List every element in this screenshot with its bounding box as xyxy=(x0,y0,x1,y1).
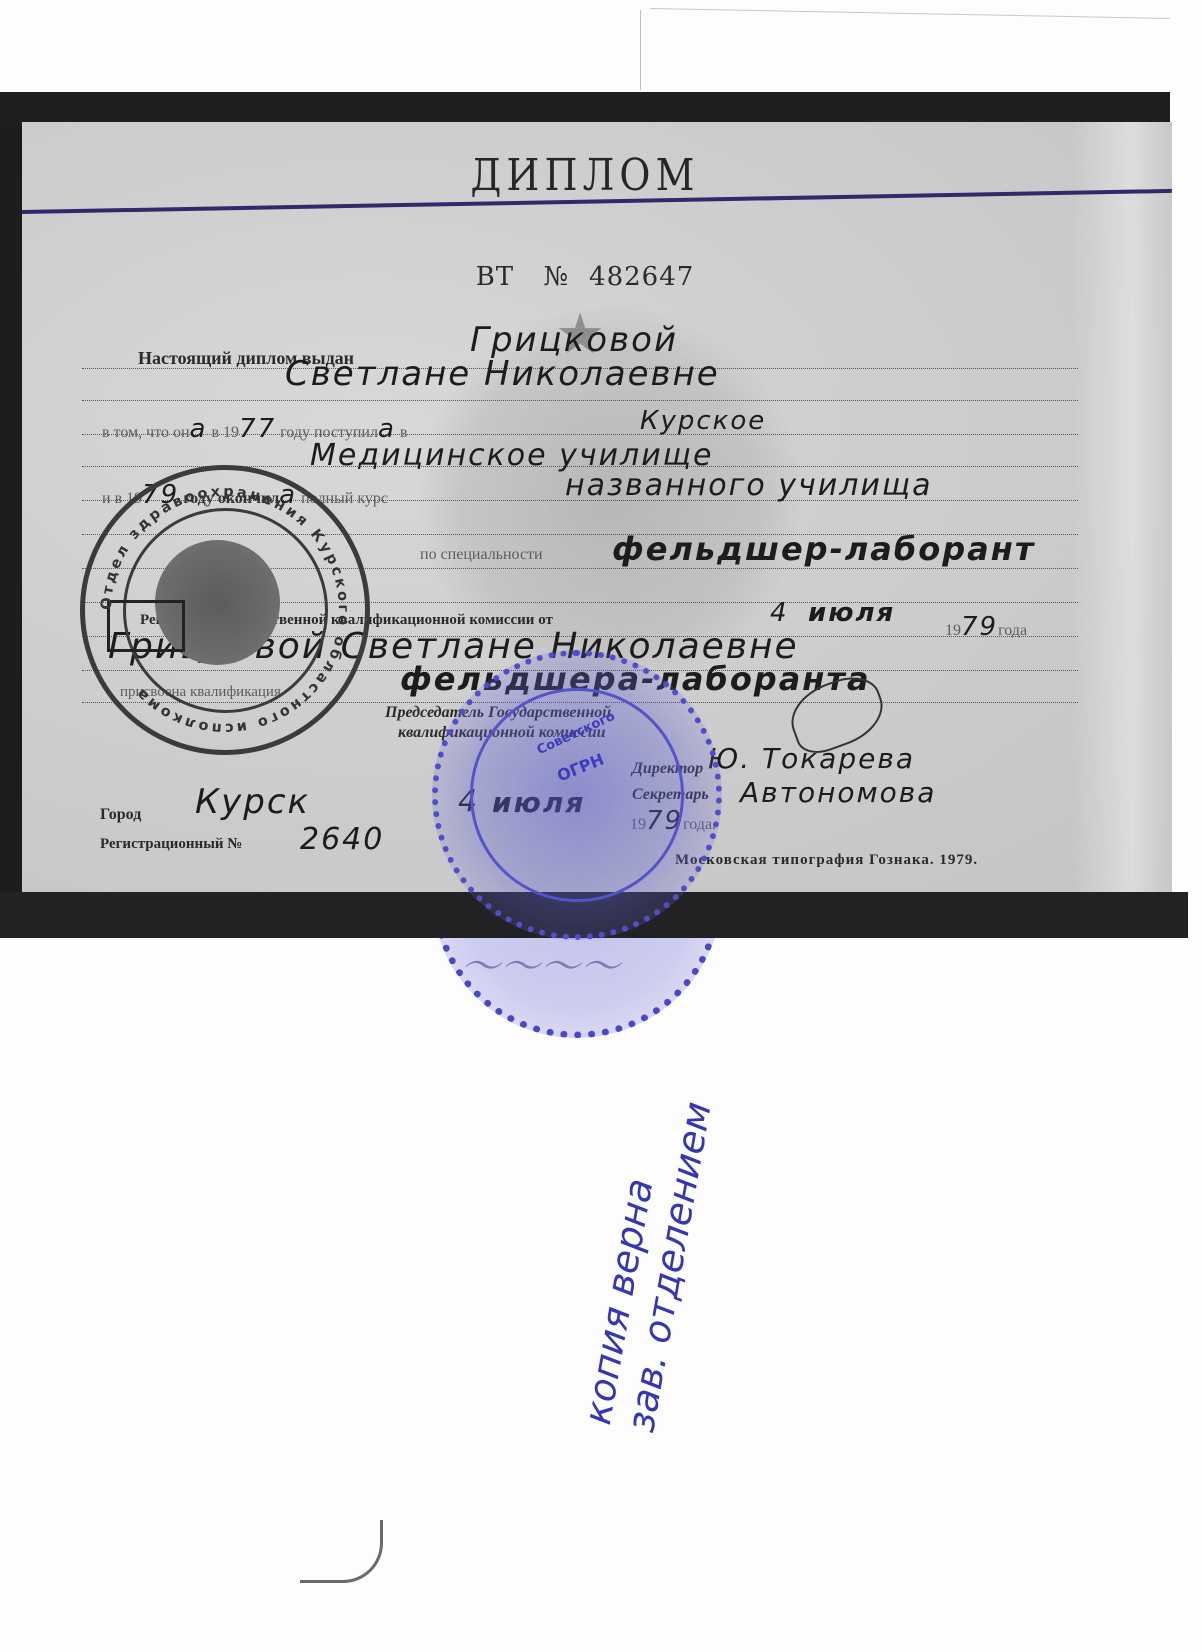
course-value: названного училища xyxy=(565,468,933,503)
commission-year: 1979года xyxy=(945,612,1027,642)
blue-stamp-inner-ring xyxy=(470,688,684,902)
certification-note: копия верна зав. отделением xyxy=(575,1091,720,1436)
specialty-value: фельдшер-лаборант xyxy=(612,530,1035,568)
commission-month: июля xyxy=(808,598,895,628)
serial-number: 482647 xyxy=(589,262,694,292)
serial-series: ВТ xyxy=(476,262,514,292)
secretary-signature: Автономова xyxy=(740,776,936,809)
svg-text:Отдел здравоохранения Курского: Отдел здравоохранения Курского областног… xyxy=(99,484,351,736)
frame-top-bar xyxy=(0,92,1170,122)
scan-edge xyxy=(650,8,1170,19)
city-value: Курск xyxy=(195,782,310,822)
number-sign: № xyxy=(543,262,569,292)
scan-fold-line xyxy=(640,10,641,90)
commission-day: 4 xyxy=(770,598,789,628)
registration-number: 2640 xyxy=(300,822,384,857)
pen-mark xyxy=(300,1520,383,1583)
recipient-given-names: Светлане Николаевне xyxy=(285,354,720,394)
printer-imprint: Московская типография Гознака. 1979. xyxy=(675,852,978,869)
institution-city: Курское xyxy=(640,406,766,436)
gray-official-stamp: Отдел здравоохранения Курского областног… xyxy=(80,465,370,755)
blue-certification-stamp: Советского ОГРН xyxy=(432,650,722,940)
stamp-signature-scribble: ～～～～ xyxy=(460,935,620,992)
specialty-label: по специальности xyxy=(420,546,543,564)
registration-label: Регистрационный № xyxy=(100,836,242,853)
diploma-serial-number: ВТ №482647 xyxy=(0,262,1170,292)
city-label: Город xyxy=(100,806,141,824)
stamp-ring-text: Отдел здравоохранения Курского областног… xyxy=(85,470,365,750)
